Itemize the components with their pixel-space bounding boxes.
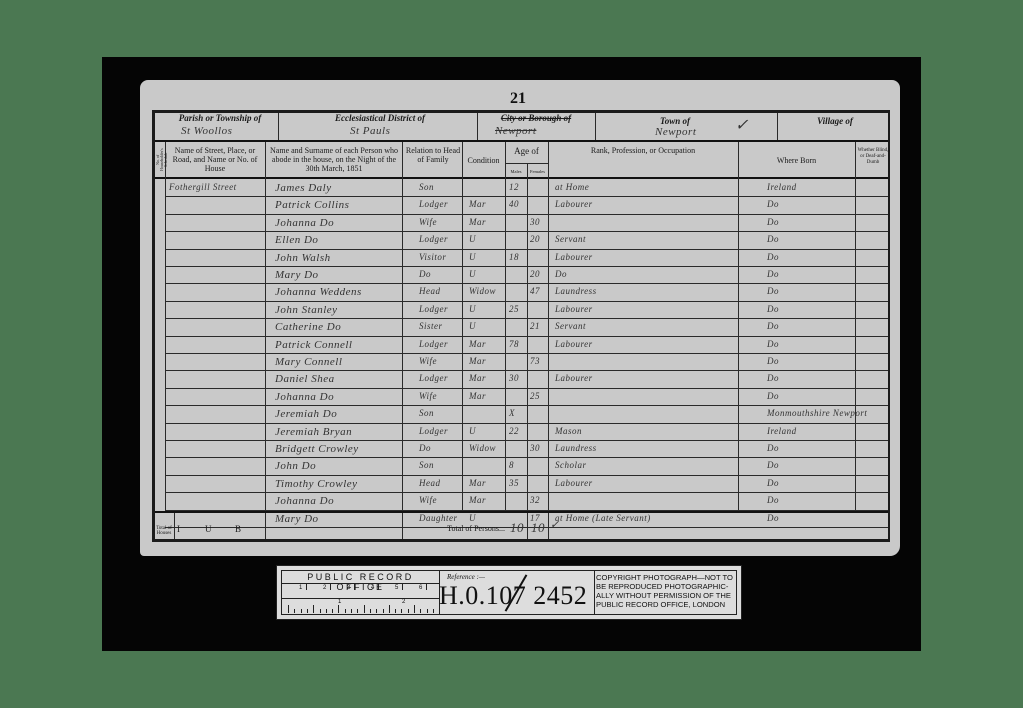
cell-condition: U [469, 269, 476, 279]
total-males: 10 [510, 520, 524, 536]
col-line [548, 142, 549, 539]
cell-relation: Head [419, 478, 441, 488]
row-rule [165, 249, 888, 250]
cell-name: Johanna Do [275, 495, 334, 507]
row-rule [165, 318, 888, 319]
cell-relation: Lodger [419, 339, 448, 349]
cell-male: 12 [509, 182, 519, 192]
col-line [402, 142, 403, 539]
cell-relation: Wife [419, 217, 437, 227]
row-rule [165, 301, 888, 302]
cell-born: Monmouthshire Newport [767, 408, 867, 418]
ruler-number: 1 [299, 585, 302, 591]
name-header: Name and Surname of each Person who abod… [267, 146, 401, 173]
ruler-tick [420, 609, 421, 613]
cell-condition: Widow [469, 286, 496, 296]
cell-relation: Son [419, 408, 434, 418]
cell-occupation: Labourer [555, 304, 593, 314]
cell-relation: Sister [419, 321, 443, 331]
cell-occupation: Labourer [555, 339, 593, 349]
cell-relation: Visitor [419, 252, 446, 262]
row-rule [165, 405, 888, 406]
ruler-mid [282, 598, 439, 599]
cell-name: John Do [275, 460, 316, 472]
cell-occupation: Labourer [555, 252, 593, 262]
cell-occupation: Mason [555, 426, 582, 436]
village-label: Village of [795, 117, 875, 126]
ruler-tick [294, 609, 295, 613]
cell-female: 30 [530, 443, 540, 453]
cell-female: 20 [530, 269, 540, 279]
cell-condition: Mar [469, 495, 486, 505]
row-rule [165, 388, 888, 389]
ruler-tick [433, 609, 434, 613]
cell-relation: Son [419, 460, 434, 470]
houses-uninhabited: U [205, 525, 212, 534]
cell-born: Do [767, 443, 779, 453]
cell-male: 25 [509, 304, 519, 314]
cell-born: Do [767, 373, 779, 383]
cell-born: Do [767, 199, 779, 209]
cell-condition: U [469, 513, 476, 523]
cell-female: 73 [530, 356, 540, 366]
ruler-tick [301, 609, 302, 613]
ruler-tick [378, 584, 379, 590]
cell-relation: Son [419, 182, 434, 192]
parish-label: Parish or Township of [165, 114, 275, 123]
cell-name: Patrick Connell [275, 339, 352, 351]
cell-born: Ireland [767, 182, 797, 192]
cell-male: 78 [509, 339, 519, 349]
row-rule [165, 336, 888, 337]
cell-condition: Widow [469, 443, 496, 453]
ruler-tick [330, 584, 331, 590]
ruler-number: 6 [419, 585, 422, 591]
divider [595, 113, 596, 140]
cell-name: Mary Connell [275, 356, 342, 368]
ruler-number: 2 [323, 585, 326, 591]
cell-condition: U [469, 426, 476, 436]
ruler-tick [401, 609, 402, 613]
ruler-tick [332, 609, 333, 613]
cell-name: Patrick Collins [275, 199, 349, 211]
cell-relation: Lodger [419, 426, 448, 436]
cell-name: Mary Do [275, 513, 319, 525]
cell-born: Ireland [767, 426, 797, 436]
cell-relation: Wife [419, 495, 437, 505]
cell-condition: U [469, 234, 476, 244]
cell-occupation: at Home (Late Servant) [555, 513, 651, 523]
houses-building: B [235, 525, 241, 534]
town-value: Newport [655, 126, 696, 138]
public-record-office-box: PUBLIC RECORD OFFICE 12345612 [282, 571, 440, 614]
check-mark-icon: ✓ [550, 518, 560, 531]
reference-box: Reference :— H.0.107 2452 [439, 571, 595, 614]
cell-relation: Daughter [419, 513, 458, 523]
cell-name: Ellen Do [275, 234, 318, 246]
reference-strip: PUBLIC RECORD OFFICE 12345612 Reference … [276, 565, 742, 620]
census-table: Parish or Township of St Woollos Ecclesi… [152, 110, 890, 542]
cell-female: 47 [530, 286, 540, 296]
row-rule [165, 423, 888, 424]
cell-male: 40 [509, 199, 519, 209]
city-label: City or Borough of [480, 114, 592, 123]
check-mark-icon: ✓ [735, 115, 749, 135]
street-header: Name of Street, Place, or Road, and Name… [167, 146, 263, 173]
cell-born: Do [767, 513, 779, 523]
row-rule [165, 266, 888, 267]
cell-born: Do [767, 391, 779, 401]
copyright-notice: COPYRIGHT PHOTOGRAPH—NOT TO BE REPRODUCE… [596, 573, 734, 609]
cell-male: 35 [509, 478, 519, 488]
ruler-tick [414, 605, 415, 613]
cell-born: Do [767, 252, 779, 262]
cell-occupation: Scholar [555, 460, 587, 470]
cell-occupation: Laundress [555, 286, 597, 296]
cell-relation: Lodger [419, 199, 448, 209]
cell-name: Mary Do [275, 269, 319, 281]
row-rule [165, 231, 888, 232]
cell-male: 22 [509, 426, 519, 436]
cell-occupation: Laundress [555, 443, 597, 453]
cell-name: Johanna Do [275, 217, 334, 229]
cell-female: 25 [530, 391, 540, 401]
ruler-number: 4 [371, 585, 374, 591]
page-number: 21 [510, 90, 526, 108]
cell-street: Fothergill Street [169, 182, 237, 192]
cell-occupation: Labourer [555, 478, 593, 488]
cell-condition: Mar [469, 339, 486, 349]
cell-occupation: Labourer [555, 199, 593, 209]
ruler-tick [426, 584, 427, 590]
cell-female: 20 [530, 234, 540, 244]
condition-header: Condition [462, 156, 505, 165]
divider [777, 113, 778, 140]
col-line [527, 163, 528, 539]
cell-male: X [509, 408, 515, 418]
ruler-number: 3 [347, 585, 350, 591]
cell-male: 8 [509, 460, 514, 470]
cell-occupation: Servant [555, 321, 586, 331]
total-females: 10 [531, 520, 545, 536]
relation-header: Relation to Head of Family [405, 146, 461, 164]
row-rule [165, 370, 888, 371]
row-rule [165, 283, 888, 284]
cell-condition: U [469, 321, 476, 331]
occupation-header: Rank, Profession, or Occupation [550, 146, 736, 155]
cell-name: Jeremiah Bryan [275, 426, 352, 438]
ruler-tick [354, 584, 355, 590]
cell-relation: Do [419, 443, 431, 453]
cell-condition: Mar [469, 391, 486, 401]
row-rule [165, 440, 888, 441]
ruler-tick [306, 584, 307, 590]
cell-born: Do [767, 269, 779, 279]
cell-relation: Lodger [419, 373, 448, 383]
row-rule [165, 492, 888, 493]
cell-female: 32 [530, 495, 540, 505]
row-rule [165, 475, 888, 476]
cell-born: Do [767, 217, 779, 227]
ruler-tick [357, 609, 358, 613]
ruler-tick [395, 609, 396, 613]
ruler-tick [376, 609, 377, 613]
cell-male: 30 [509, 373, 519, 383]
cell-condition: U [469, 252, 476, 262]
row-rule [165, 353, 888, 354]
cell-name: Catherine Do [275, 321, 341, 333]
cell-relation: Wife [419, 391, 437, 401]
cell-name: John Stanley [275, 304, 338, 316]
ruler-number: 2 [402, 599, 405, 605]
schedule-header: No. of Householder's Schedule [156, 145, 164, 175]
ruler-tick [408, 609, 409, 613]
blind-header: Whether Blind, or Deaf-and-Dumb [857, 148, 889, 166]
cell-name: Jeremiah Do [275, 408, 337, 420]
cell-female: 21 [530, 321, 540, 331]
ruler-tick [338, 605, 339, 613]
reference-label: Reference :— [447, 573, 485, 581]
cell-condition: Mar [469, 478, 486, 488]
cell-name: John Walsh [275, 252, 331, 264]
cell-name: Timothy Crowley [275, 478, 358, 490]
cell-born: Do [767, 495, 779, 505]
age-header: Age of [505, 147, 548, 156]
cell-condition: U [469, 304, 476, 314]
cell-born: Do [767, 321, 779, 331]
cell-condition: Mar [469, 356, 486, 366]
row-rule [165, 196, 888, 197]
ruler-tick [370, 609, 371, 613]
divider [477, 113, 478, 140]
ruler-tick [383, 609, 384, 613]
cell-female: 30 [530, 217, 540, 227]
cell-name: Daniel Shea [275, 373, 335, 385]
ruler-tick [288, 605, 289, 613]
cell-born: Do [767, 460, 779, 470]
ruler-tick [320, 609, 321, 613]
cell-occupation: at Home [555, 182, 589, 192]
where-born-header: Where Born [740, 156, 853, 165]
cell-condition: Mar [469, 199, 486, 209]
ruler-tick [307, 609, 308, 613]
cell-occupation: Do [555, 269, 567, 279]
total-persons-label: Total of Persons... [435, 524, 505, 533]
ruler-tick [364, 605, 365, 613]
cell-born: Do [767, 339, 779, 349]
parish-value: St Woollos [181, 125, 232, 137]
cell-condition: Mar [469, 217, 486, 227]
ruler-tick [326, 609, 327, 613]
ecclesiastical-value: St Pauls [350, 125, 390, 137]
row-rule [165, 214, 888, 215]
row-rule [165, 457, 888, 458]
males-header: Males [505, 167, 527, 176]
cell-condition: Mar [469, 373, 486, 383]
cell-relation: Wife [419, 356, 437, 366]
totals-divider [155, 511, 888, 513]
cell-born: Do [767, 356, 779, 366]
cell-born: Do [767, 478, 779, 488]
col-line [265, 142, 266, 539]
ruler-tick [389, 605, 390, 613]
row-rule [165, 527, 888, 528]
ruler-tick [351, 609, 352, 613]
divider [278, 113, 279, 140]
ruler-number: 5 [395, 585, 398, 591]
cell-name: Johanna Weddens [275, 286, 362, 298]
age-divider [505, 163, 548, 164]
cell-occupation: Servant [555, 234, 586, 244]
cell-born: Do [767, 304, 779, 314]
cell-relation: Lodger [419, 234, 448, 244]
cell-relation: Do [419, 269, 431, 279]
cell-relation: Head [419, 286, 441, 296]
divider [174, 513, 175, 539]
cell-male: 18 [509, 252, 519, 262]
ruler-tick [427, 609, 428, 613]
ruler-tick [345, 609, 346, 613]
city-value: Newport [495, 125, 536, 137]
cell-born: Do [767, 286, 779, 296]
cell-name: James Daly [275, 182, 332, 194]
ecclesiastical-label: Ecclesiastical District of [305, 114, 455, 123]
ruler-tick [313, 605, 314, 613]
females-header: Females [527, 167, 548, 176]
cell-name: Bridgett Crowley [275, 443, 359, 455]
cell-occupation: Labourer [555, 373, 593, 383]
cell-name: Johanna Do [275, 391, 334, 403]
town-label: Town of [625, 117, 725, 126]
ruler-tick [402, 584, 403, 590]
cell-relation: Lodger [419, 304, 448, 314]
total-houses-label: Total of Houses [155, 526, 173, 536]
cell-born: Do [767, 234, 779, 244]
houses-inhabited: I [177, 525, 180, 534]
